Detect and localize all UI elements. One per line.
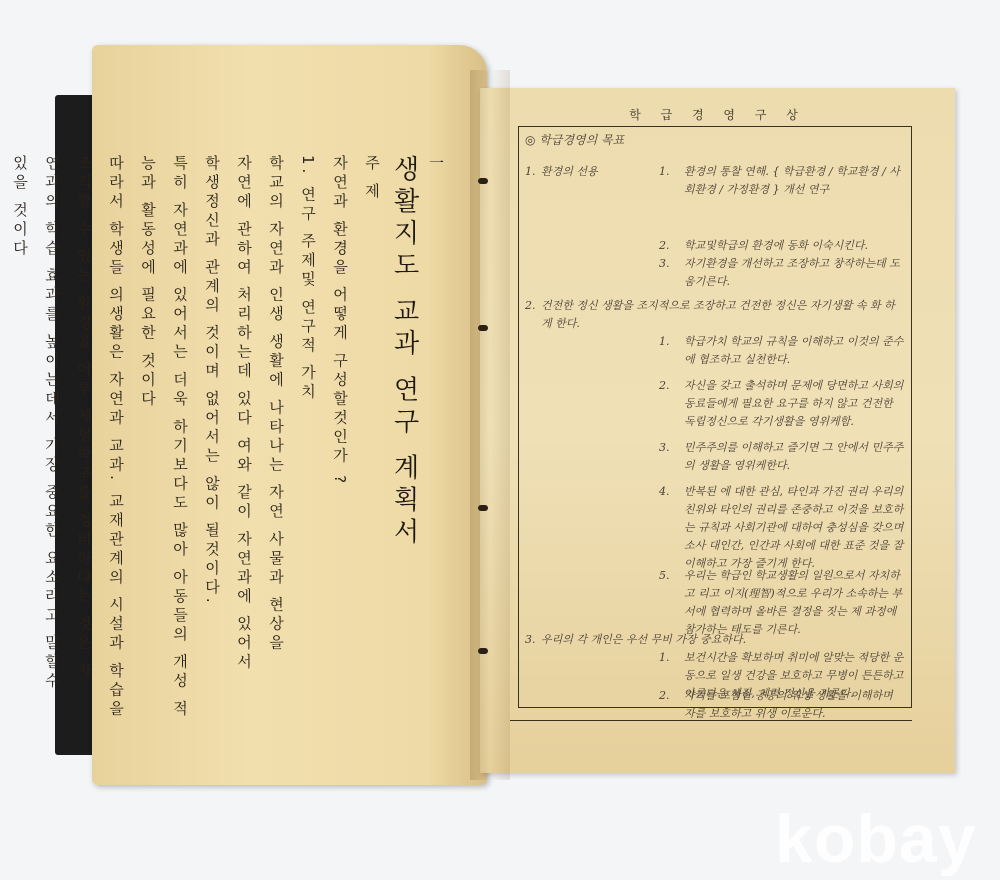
sub-num: 2. [659, 237, 670, 255]
body-column: 능과 활동성에 필요한 것이다 [137, 155, 159, 719]
body-column: 있을 것이다 [9, 155, 31, 719]
body-column: 학교의 자연과 인생 생활에 나타나는 자연 사물과 현상을 [265, 155, 287, 719]
right-page-title: 학 급 경 영 구 상 [480, 106, 955, 123]
item-3-num: 3. [525, 631, 536, 649]
left-page: 一 생활지도 교과 연구 계획서 주 제 자연과 환경을 어떻게 구성할것인가 … [92, 45, 487, 785]
sub-text: 자기를 포함한 공공의 위생 생활을 이해하며 자를 보호하고 위생 이로운다. [684, 687, 904, 723]
sub-text: 자기환경을 개선하고 조장하고 창작하는데 도 움기른다. [684, 255, 904, 291]
sub-text: 학교및학급의 환경에 동화 이숙시킨다. [684, 237, 904, 255]
sub-num: 1. [659, 163, 670, 181]
body-column: 특히 자연과에 있어서는 더욱 하기보다도 많아 아동들의 개성 적 [169, 155, 191, 719]
section-1: 1. 연구 주제및 연구적 가치 [297, 155, 319, 719]
document-title: 생활지도 교과 연구 계획서 [393, 155, 415, 719]
sub-text: 환경의 통찰 연해. { 학급환경 / 학교환경 / 사회환경 / 가정환경 }… [684, 163, 904, 199]
sub-text: 학급가치 학교의 규칙을 이해하고 이것의 준수에 협조하고 실천한다. [684, 333, 904, 369]
body-column: 조직할 수 있는 환경을 이루 체험학구를 정비하다는 것은 자 [73, 155, 95, 719]
body-column: 자연에 관하여 처리하는데 있다 여와 같이 자연과에 있어서 [233, 155, 255, 719]
item-2-label: 건전한 정신 생활을 조지적으로 조장하고 건전한 정신은 자기생활 속 화 하… [541, 297, 901, 333]
body-column: 연과의 학습 효과를 높이는데서 가장 중요한 요소라고 말할수 [41, 155, 63, 719]
sub-num: 2. [659, 377, 670, 395]
sub-text: 우리는 학급인 학교생활의 일원으로서 자치하고 리고 이지(理智)적으로 우리… [684, 567, 904, 639]
bottom-rule [510, 720, 912, 721]
heading-label: 주 제 [361, 155, 383, 719]
sub-num: 4. [659, 483, 670, 501]
spine-shadow [470, 70, 510, 780]
item-1-num: 1. [525, 163, 536, 181]
body-column: 학생정신과 관계의 것이며 없어서는 않이 될것이다. [201, 155, 223, 719]
sub-text: 민주주의를 이해하고 즐기면 그 안에서 민주주의 생활을 영위케한다. [684, 439, 904, 475]
item-3-label: 우리의 각 개인은 우선 무비 가장 중요하다. [541, 631, 781, 649]
binding-hole [478, 505, 488, 511]
left-page-columns: 一 생활지도 교과 연구 계획서 주 제 자연과 환경을 어떻게 구성할것인가 … [0, 155, 447, 719]
sub-num: 3. [659, 255, 670, 273]
outline-box: ◎ 학급경영의 목표 1. 환경의 선용 1. 환경의 통찰 연해. { 학급환… [518, 126, 912, 708]
sub-num: 5. [659, 567, 670, 585]
right-page: 학 급 경 영 구 상 ◎ 학급경영의 목표 1. 환경의 선용 1. 환경의 … [480, 88, 955, 773]
section-header: ◎ 학급경영의 목표 [525, 131, 624, 149]
binding-hole [478, 648, 488, 654]
binding-hole [478, 178, 488, 184]
item-2-num: 2. [525, 297, 536, 315]
binding-hole [478, 325, 488, 331]
sub-num: 1. [659, 333, 670, 351]
heading-number: 一 [425, 155, 447, 719]
watermark: kobay [775, 800, 977, 878]
sub-num: 3. [659, 439, 670, 457]
item-1-label: 환경의 선용 [541, 163, 598, 181]
sub-text: 반복된 에 대한 관심, 타인과 가진 권리 우리의 친위와 타인의 권리를 존… [684, 483, 904, 573]
sub-num: 1. [659, 649, 670, 667]
body-column: 따라서 학생들 의생활은 자연과 교과. 교재관계의 시설과 학습을 [105, 155, 127, 719]
main-title: 자연과 환경을 어떻게 구성할것인가 ? [329, 155, 351, 719]
sub-num: 2. [659, 687, 670, 705]
sub-text: 자신을 갖고 출석하며 문제에 당면하고 사회의 동료들에게 필요한 요구를 하… [684, 377, 904, 431]
